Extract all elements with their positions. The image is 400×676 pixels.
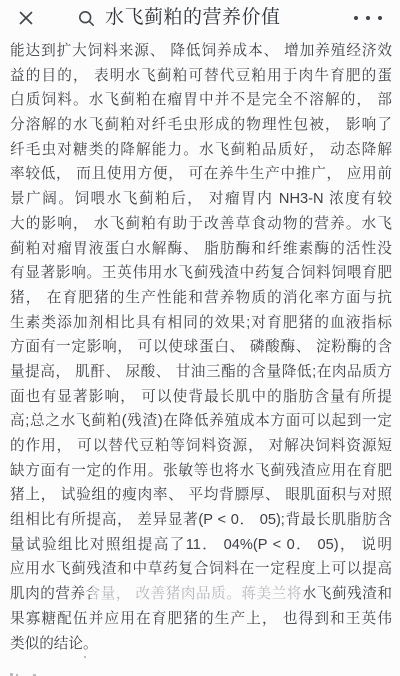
text-line: 生素类添加剂相比具有相同的效果;对育肥猪的血液指标 — [10, 311, 392, 336]
text-line: 类似的结论。 — [10, 632, 392, 657]
ellipsis-icon — [354, 16, 382, 20]
text-line: 能达到扩大饲料来源、 降低饲养成本、 增加养殖经济效 — [10, 39, 392, 64]
more-options-button[interactable] — [354, 10, 382, 26]
text-line: 有显著影响。王英伟用水飞蓟残渣中药复合饲料饲喂育肥 — [10, 261, 392, 286]
article-body[interactable]: 能达到扩大饲料来源、 降低饲养成本、 增加养殖经济效益的目的， 表明水飞蓟粕可替… — [0, 39, 400, 656]
text-line: 益的目的， 表明水飞蓟粕可替代豆粕用于肉牛育肥的蛋 — [10, 64, 392, 89]
text-line: 果寡糖配伍并应用在育肥猪的生产上， 也得到和王英伟 — [10, 607, 392, 632]
text-line: 量提高， 肌酐、 尿酸、 甘油三酯的含量降低;在肉品质方 — [10, 360, 392, 385]
text-line: 纤毛虫对糖类的降解能力。水飞蓟粕品质好， 动态降解 — [10, 138, 392, 163]
search-icon — [78, 10, 95, 27]
close-icon — [18, 10, 34, 26]
text-line: 率较低， 而且使用方便， 可在养牛生产中推广， 应用前 — [10, 162, 392, 187]
text-line: 的作用， 可以替代豆粕等饲料资源， 对解决饲料资源短 — [10, 434, 392, 459]
close-button[interactable] — [18, 10, 34, 26]
text-line: 面也有显著影响， 可以使背最长肌中的脂肪含量有所提 — [10, 385, 392, 410]
text-line: 肌肉的营养含量， 改善猪肉品质。蒋美兰将水飞蓟残渣和 — [10, 582, 392, 607]
text-line: 大的影响， 水飞蓟粕有助于改善草食动物的营养。水飞 — [10, 212, 392, 237]
text-line: 分溶解的水飞蓟粕对纤毛虫形成的物理性包被， 影响了 — [10, 113, 392, 138]
page-title: 水飞蓟粕的营养价值 — [105, 7, 281, 29]
search-button[interactable] — [78, 10, 95, 27]
clipped-next-line-fragment — [84, 656, 86, 658]
text-line: 景广阔。饲喂水飞蓟粕后， 对瘤胃内 NH3-N 浓度有较 — [10, 187, 392, 212]
text-line: 方面有一定影响， 可以使球蛋白、 磷酸酶、 淀粉酶的含 — [10, 335, 392, 360]
header-bar: 水飞蓟粕的营养价值 — [0, 0, 400, 36]
text-line: 蓟粕对瘤胃液蛋白水解酶、 脂肪酶和纤维素酶的活性没 — [10, 237, 392, 262]
text-line: 应用水飞蓟残渣和中草药复合饲料在一定程度上可以提高 — [10, 557, 392, 582]
document-viewer-page: 水飞蓟粕的营养价值 能达到扩大饲料来源、 降低饲养成本、 增加养殖经济效益的目的… — [0, 0, 400, 676]
text-line: 猪， 在育肥猪的生产性能和营养物质的消化率方面与抗 — [10, 286, 392, 311]
text-line: 缺方面有一定的作用。张敏等也将水飞蓟残渣应用在育肥 — [10, 459, 392, 484]
text-line: 高;总之水飞蓟粕(残渣)在降低养殖成本方面可以起到一定 — [10, 409, 392, 434]
text-line: 组相比有所提高， 差异显著(P < 0． 05);背最长肌脂肪含 — [10, 508, 392, 533]
text-line: 白质饲料。水飞蓟粕在瘤胃中并不是完全不溶解的， 部 — [10, 88, 392, 113]
text-line: 量试验组比对照组提高了11． 04%(P < 0． 05)， 说明 — [10, 533, 392, 558]
text-line: 猪上， 试验组的瘦肉率、 平均背膘厚、 眼肌面积与对照 — [10, 483, 392, 508]
